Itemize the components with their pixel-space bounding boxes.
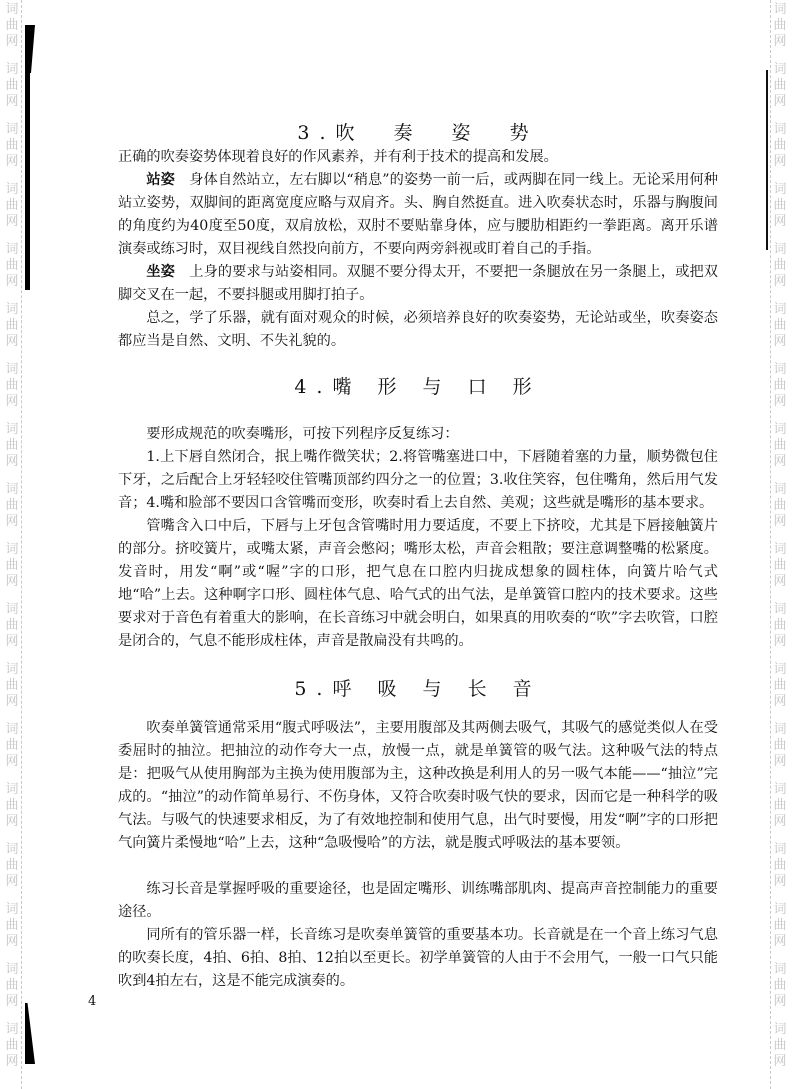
section-title-embouchure: 4.嘴 形 与 口 形: [118, 372, 718, 399]
watermark-text: 词曲网: [770, 840, 790, 900]
paragraph-text: 管嘴含入口中后，下唇与上牙包含管嘴时用力要适度，不要上下挤咬，尤其是下唇接触簧片…: [118, 518, 718, 649]
paragraph-standing-posture: 站姿 身体自然站立，左右脚以“稍息”的姿势一前一后，或两脚在同一线上。无论采用何…: [118, 169, 718, 261]
paragraph-text: 同所有的管乐器一样，长音练习是吹奏单簧管的重要基本功。长音就是在一个音上练习气息…: [118, 927, 718, 989]
watermark-text: 词曲网: [770, 0, 790, 60]
scan-edge-shadow-top: [25, 25, 35, 73]
scan-edge-shadow-bottom: [25, 1003, 35, 1064]
watermark-text: 词曲网: [2, 120, 22, 180]
paragraph-text: 总之，学了乐器，就有面对观众的时候，必须培养良好的吹奏姿势，无论站或坐，吹奏姿态…: [118, 310, 718, 349]
watermark-text: 词曲网: [770, 60, 790, 120]
paragraph-lead-standing: 站姿: [146, 172, 175, 188]
watermark-text: 词曲网: [2, 960, 22, 1020]
watermark-text: 词曲网: [770, 540, 790, 600]
paragraph-long-tone-purpose: 练习长音是掌握呼吸的重要途径，也是固定嘴形、训练嘴部肌肉、提高声音控制能力的重要…: [118, 878, 718, 924]
paragraph-mouth-shape: 管嘴含入口中后，下唇与上牙包含管嘴时用力要适度，不要上下挤咬，尤其是下唇接触簧片…: [118, 515, 718, 653]
margin-dashed-line-right: [770, 0, 771, 1089]
paragraph-text: 1.上下唇自然闭合，抿上嘴作微笑状；2.将管嘴塞进口中，下唇随着塞的力量，顺势微…: [118, 449, 718, 511]
watermark-text: 词曲网: [2, 360, 22, 420]
page-number: 4: [88, 994, 96, 1009]
watermark-text: 词曲网: [2, 420, 22, 480]
paragraph-text: 身体自然站立，左右脚以“稍息”的姿势一前一后，或两脚在同一线上。无论采用何种站立…: [118, 172, 718, 257]
watermark-text: 词曲网: [770, 600, 790, 660]
paragraph-posture-intro: 正确的吹奏姿势体现着良好的作风素养，并有利于技术的提高和发展。: [118, 146, 718, 169]
paragraph-text: 练习长音是掌握呼吸的重要途径，也是固定嘴形、训练嘴部肌肉、提高声音控制能力的重要…: [118, 881, 718, 920]
paragraph-breathing-method: 吹奏单簧管通常采用“腹式呼吸法”，主要用腹部及其两侧去吸气，其吸气的感觉类似人在…: [118, 717, 718, 855]
watermark-column-right: 词曲网词曲网词曲网词曲网词曲网词曲网词曲网词曲网词曲网词曲网词曲网词曲网词曲网词…: [770, 0, 790, 1089]
watermark-text: 词曲网: [770, 1020, 790, 1080]
watermark-text: 词曲网: [2, 60, 22, 120]
watermark-text: 词曲网: [2, 600, 22, 660]
watermark-text: 词曲网: [2, 840, 22, 900]
paragraph-text: 吹奏单簧管通常采用“腹式呼吸法”，主要用腹部及其两侧去吸气，其吸气的感觉类似人在…: [118, 720, 718, 851]
paragraph-lead-sitting: 坐姿: [146, 264, 175, 280]
paragraph-embouchure-intro: 要形成规范的吹奏嘴形，可按下列程序反复练习：: [118, 423, 718, 446]
section-title-posture: 3.吹 奏 姿 势: [118, 118, 718, 145]
watermark-text: 词曲网: [770, 180, 790, 240]
watermark-text: 词曲网: [2, 540, 22, 600]
watermark-text: 词曲网: [2, 780, 22, 840]
scan-edge-shadow-right: [766, 70, 768, 250]
paragraph-embouchure-steps: 1.上下唇自然闭合，抿上嘴作微笑状；2.将管嘴塞进口中，下唇随着塞的力量，顺势微…: [118, 446, 718, 515]
watermark-text: 词曲网: [770, 360, 790, 420]
paragraph-long-tone-practice: 同所有的管乐器一样，长音练习是吹奏单簧管的重要基本功。长音就是在一个音上练习气息…: [118, 924, 718, 993]
watermark-text: 词曲网: [770, 960, 790, 1020]
watermark-text: 词曲网: [770, 720, 790, 780]
paragraph-text: 上身的要求与站姿相同。双腿不要分得太开，不要把一条腿放在另一条腿上，或把双脚交叉…: [118, 264, 718, 303]
watermark-text: 词曲网: [2, 1020, 22, 1080]
watermark-text: 词曲网: [2, 180, 22, 240]
watermark-text: 词曲网: [770, 480, 790, 540]
scan-edge-shadow-left: [25, 70, 30, 290]
paragraph-text: 要形成规范的吹奏嘴形，可按下列程序反复练习：: [146, 426, 458, 442]
watermark-text: 词曲网: [2, 720, 22, 780]
section-title-breathing: 5.呼 吸 与 长 音: [118, 674, 718, 701]
watermark-text: 词曲网: [2, 480, 22, 540]
watermark-column-left: 词曲网词曲网词曲网词曲网词曲网词曲网词曲网词曲网词曲网词曲网词曲网词曲网词曲网词…: [2, 0, 22, 1089]
watermark-text: 词曲网: [2, 900, 22, 960]
paragraph-sitting-posture: 坐姿 上身的要求与站姿相同。双腿不要分得太开，不要把一条腿放在另一条腿上，或把双…: [118, 261, 718, 307]
watermark-text: 词曲网: [770, 780, 790, 840]
watermark-text: 词曲网: [770, 300, 790, 360]
watermark-text: 词曲网: [770, 120, 790, 180]
watermark-text: 词曲网: [770, 660, 790, 720]
watermark-text: 词曲网: [2, 300, 22, 360]
paragraph-text: 正确的吹奏姿势体现着良好的作风素养，并有利于技术的提高和发展。: [118, 149, 558, 165]
paragraph-posture-summary: 总之，学了乐器，就有面对观众的时候，必须培养良好的吹奏姿势，无论站或坐，吹奏姿态…: [118, 307, 718, 353]
watermark-text: 词曲网: [2, 240, 22, 300]
watermark-text: 词曲网: [770, 240, 790, 300]
watermark-text: 词曲网: [770, 900, 790, 960]
watermark-text: 词曲网: [2, 0, 22, 60]
watermark-text: 词曲网: [2, 660, 22, 720]
watermark-text: 词曲网: [770, 420, 790, 480]
margin-dashed-line-left: [21, 0, 22, 1089]
